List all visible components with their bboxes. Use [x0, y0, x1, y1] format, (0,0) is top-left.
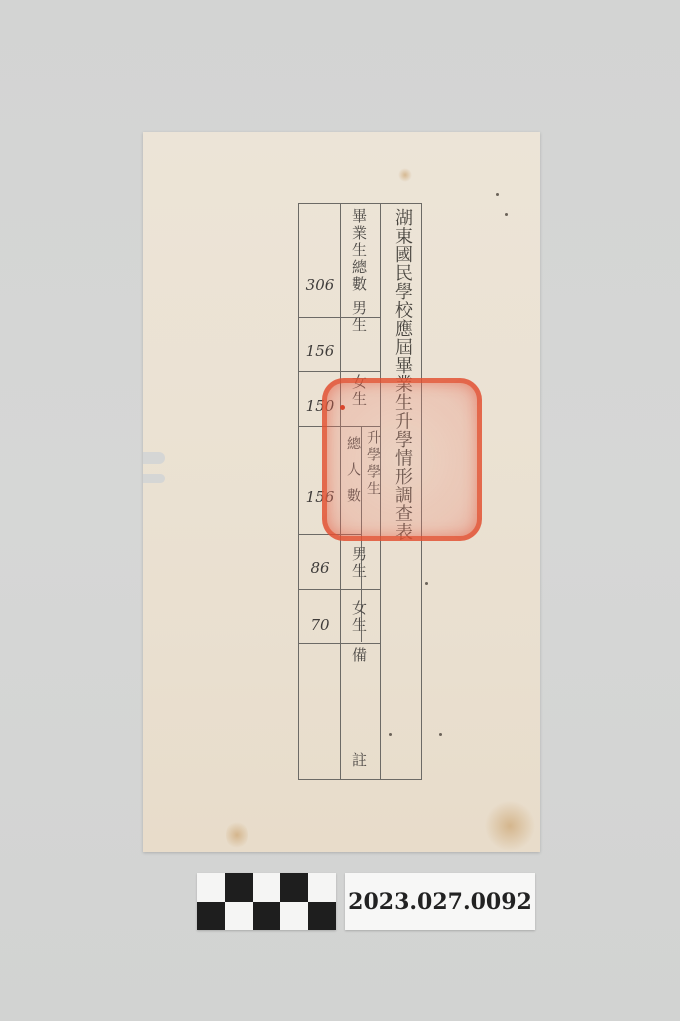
- row-divider: [299, 371, 381, 372]
- foxing-stain: [398, 168, 412, 182]
- scale-square: [253, 902, 281, 931]
- paper-speck: [425, 582, 428, 585]
- paper-speck: [496, 193, 499, 196]
- enrolled-male-label: 男生: [349, 546, 370, 580]
- remarks-label-top: 備: [349, 647, 370, 664]
- color-scale-bar: [197, 873, 336, 930]
- red-ink-dot: [340, 405, 345, 410]
- graduates-total-value: 306: [299, 276, 341, 294]
- paper-notch: [143, 452, 165, 464]
- scale-square: [308, 873, 336, 902]
- enrolled-female-value: 70: [299, 616, 341, 634]
- enrolled-female-label: 女生: [349, 600, 370, 634]
- accession-number-label: 2023.027.0092: [345, 873, 535, 930]
- scale-square: [280, 873, 308, 902]
- paper-speck: [439, 733, 442, 736]
- red-seal-stamp: [322, 378, 482, 541]
- scale-square: [197, 902, 225, 931]
- enrolled-male-value: 86: [299, 559, 341, 577]
- graduates-male-value: 156: [299, 342, 341, 360]
- foxing-stain: [485, 800, 535, 852]
- paper-speck: [505, 213, 508, 216]
- scale-square: [308, 902, 336, 931]
- paper-notch: [143, 474, 165, 483]
- scale-square: [253, 873, 281, 902]
- scale-square: [280, 902, 308, 931]
- scale-square: [197, 873, 225, 902]
- graduates-total-label: 畢業生總數: [349, 208, 370, 293]
- row-divider: [299, 589, 381, 590]
- graduates-male-label: 男生: [349, 300, 370, 334]
- remarks-label-bottom: 註: [349, 752, 370, 769]
- scale-square: [225, 902, 253, 931]
- foxing-stain: [226, 820, 248, 850]
- row-divider: [299, 643, 381, 644]
- scale-square: [225, 873, 253, 902]
